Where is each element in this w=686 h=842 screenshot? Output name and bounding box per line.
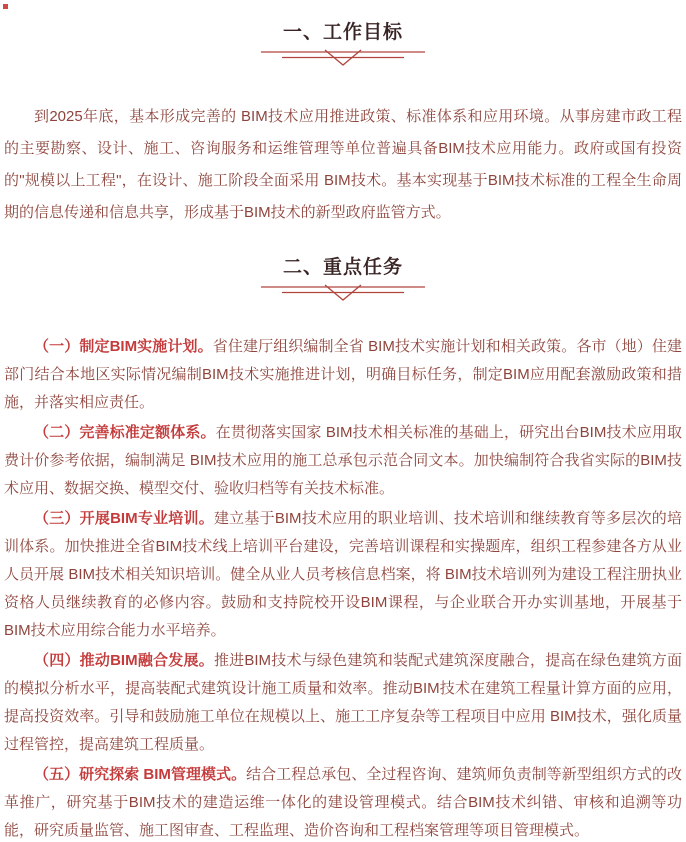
paragraph-task-1: （一）制定BIM实施计划。省住建厅组织编制全省 BIM技术实施计划和相关政策。各… <box>4 333 682 417</box>
corner-mark <box>3 4 8 9</box>
section-header-work-goals: 一、工作目标 <box>4 22 682 68</box>
section-title: 二、重点任务 <box>4 257 682 279</box>
paragraph-lead: （四）推动BIM融合发展。 <box>34 652 214 669</box>
paragraph-text: 建立基于BIM技术应用的职业培训、技术培训和继续教育等多层次的培训体系。加快推进… <box>4 510 682 639</box>
paragraph-lead: （二）完善标准定额体系。 <box>34 424 216 441</box>
section-header-key-tasks: 二、重点任务 <box>4 257 682 303</box>
section-body-work-goals: 到2025年底，基本形成完善的 BIM技术应用推进政策、标准体系和应用环境。从事… <box>4 101 682 229</box>
paragraph-task-2: （二）完善标准定额体系。在贯彻落实国家 BIM技术相关标准的基础上，研究出台BI… <box>4 419 682 503</box>
paragraph-task-4: （四）推动BIM融合发展。推进BIM技术与绿色建筑和装配式建筑深度融合，提高在绿… <box>4 647 682 759</box>
paragraph-lead: （五）研究探索 BIM管理模式。 <box>34 766 246 783</box>
section-body-key-tasks: （一）制定BIM实施计划。省住建厅组织编制全省 BIM技术实施计划和相关政策。各… <box>4 333 682 842</box>
section-title: 一、工作目标 <box>4 22 682 44</box>
section-divider-chevron-icon <box>261 283 425 303</box>
section-divider-chevron-icon <box>261 48 425 68</box>
paragraph-lead: （三）开展BIM专业培训。 <box>34 510 214 527</box>
paragraph-task-5: （五）研究探索 BIM管理模式。结合工程总承包、全过程咨询、建筑师负责制等新型组… <box>4 761 682 842</box>
paragraph: 到2025年底，基本形成完善的 BIM技术应用推进政策、标准体系和应用环境。从事… <box>4 101 682 229</box>
paragraph-lead: （一）制定BIM实施计划。 <box>34 338 213 355</box>
document-page: 一、工作目标 到2025年底，基本形成完善的 BIM技术应用推进政策、标准体系和… <box>0 0 686 842</box>
paragraph-task-3: （三）开展BIM专业培训。建立基于BIM技术应用的职业培训、技术培训和继续教育等… <box>4 505 682 645</box>
paragraph-text: 到2025年底，基本形成完善的 BIM技术应用推进政策、标准体系和应用环境。从事… <box>4 108 682 221</box>
